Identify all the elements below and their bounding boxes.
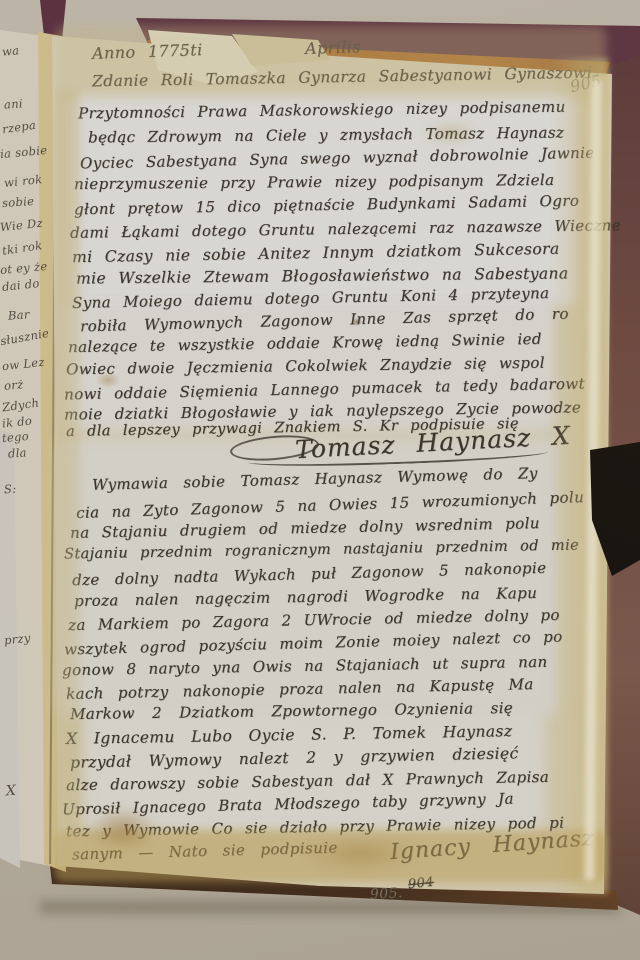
stain-patch <box>420 120 480 146</box>
margin-fragment: tego <box>1 429 29 445</box>
photo-of-manuscript: Anno 1775ti Aprilis Zdanie Roli Tomaszka… <box>0 0 640 960</box>
margin-fragment: ani <box>4 96 24 111</box>
stain-patch <box>300 836 420 872</box>
ink-spot <box>352 318 362 326</box>
book-shadow <box>40 900 620 914</box>
margin-fragment: sobie <box>2 194 35 210</box>
stain-patch <box>96 372 120 388</box>
stain-patch <box>88 806 158 852</box>
margin-fragment: dla <box>8 445 28 460</box>
stain-patch <box>56 26 606 98</box>
margin-fragment: orż <box>3 377 24 393</box>
margin-fragment: wa <box>1 43 20 59</box>
margin-fragment: X <box>5 783 16 800</box>
stain-patch <box>54 90 80 860</box>
margin-fragment: przy <box>3 631 31 648</box>
margin-fragment: S: <box>4 482 17 497</box>
margin-fragment: Bar <box>8 307 31 322</box>
